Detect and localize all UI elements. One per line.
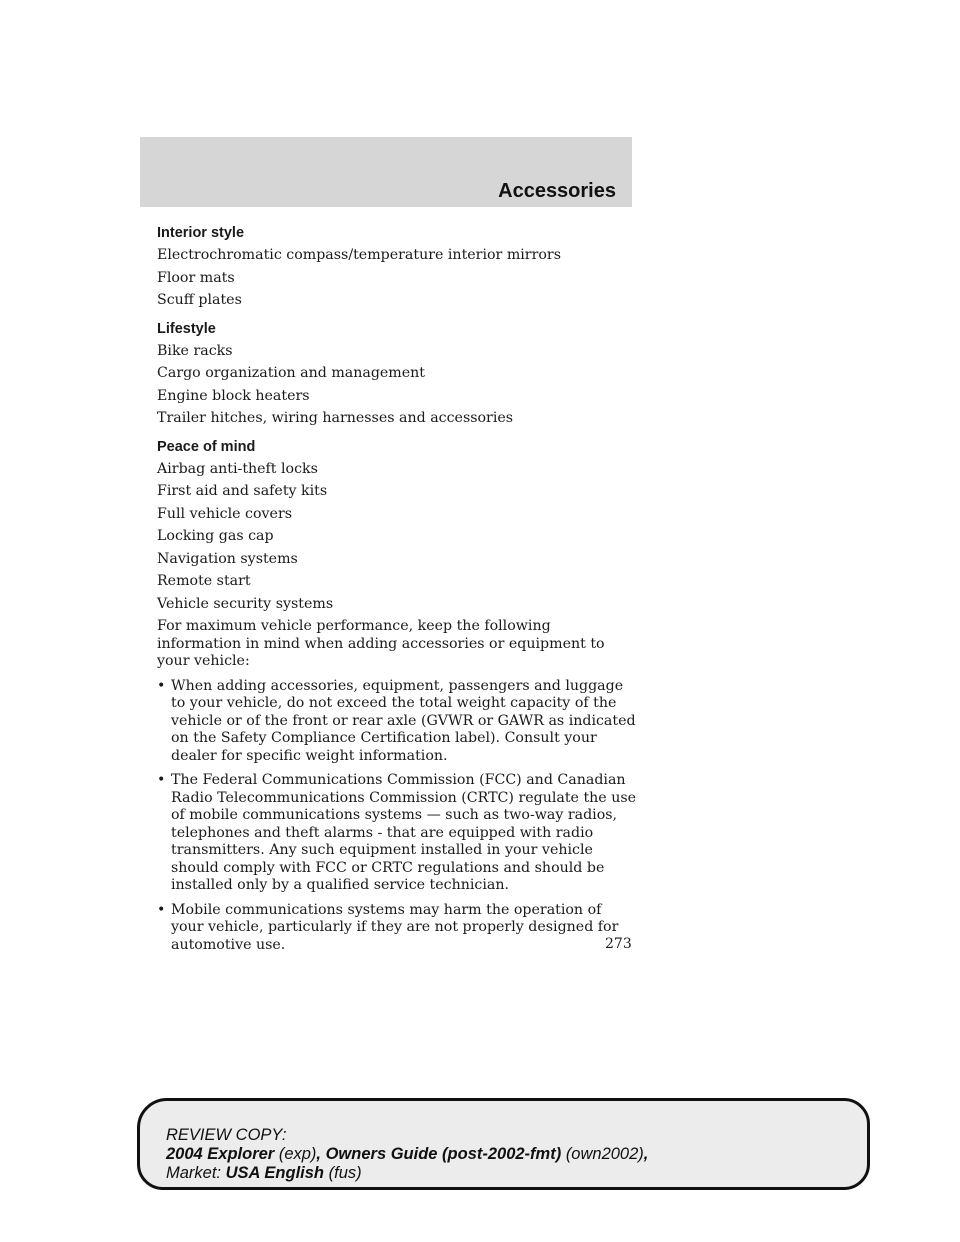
list-item: Locking gas cap [157, 525, 637, 548]
market-name: USA English [226, 1164, 324, 1182]
list-item: Airbag anti-theft locks [157, 458, 637, 481]
section-lifestyle: Lifestyle Bike racks Cargo organization … [157, 318, 637, 430]
list-item: Scuff plates [157, 289, 637, 312]
bullet-text: The Federal Communications Commission (F… [171, 772, 636, 893]
bullet-text: Mobile communications systems may harm t… [171, 902, 618, 953]
section-title: Accessories [498, 180, 616, 203]
guide-name: Owners Guide (post-2002-fmt) [326, 1145, 562, 1163]
bullet-icon: • [157, 902, 165, 920]
bullet-icon: • [157, 678, 165, 696]
review-copy-text: REVIEW COPY: 2004 Explorer (exp), Owners… [166, 1126, 648, 1183]
page-content: Interior style Electrochromatic compass/… [157, 222, 637, 954]
bullet-item: • Mobile communications systems may harm… [157, 902, 637, 955]
list-item: Cargo organization and management [157, 362, 637, 385]
section-heading: Peace of mind [157, 436, 637, 458]
guide-code: (own2002) [566, 1145, 644, 1163]
bullet-item: • The Federal Communications Commission … [157, 772, 637, 895]
list-item: Remote start [157, 570, 637, 593]
list-item: Floor mats [157, 267, 637, 290]
model-name: 2004 Explorer [166, 1145, 274, 1163]
bullet-item: • When adding accessories, equipment, pa… [157, 678, 637, 766]
model-code: (exp) [279, 1145, 317, 1163]
list-item: Vehicle security systems [157, 593, 637, 616]
section-heading: Interior style [157, 222, 637, 244]
bullet-icon: • [157, 772, 165, 790]
page-number: 273 [605, 936, 632, 952]
section-interior-style: Interior style Electrochromatic compass/… [157, 222, 637, 312]
list-item: Engine block heaters [157, 385, 637, 408]
section-heading: Lifestyle [157, 318, 637, 340]
intro-paragraph: For maximum vehicle performance, keep th… [157, 615, 637, 671]
bullet-text: When adding accessories, equipment, pass… [171, 678, 636, 764]
market-label: Market: [166, 1164, 221, 1182]
list-item: Electrochromatic compass/temperature int… [157, 244, 637, 267]
review-copy-box: REVIEW COPY: 2004 Explorer (exp), Owners… [137, 1098, 870, 1190]
list-item: Navigation systems [157, 548, 637, 571]
separator: , [644, 1145, 649, 1163]
list-item: Trailer hitches, wiring harnesses and ac… [157, 407, 637, 430]
review-label: REVIEW COPY: [166, 1126, 286, 1144]
market-code: (fus) [329, 1164, 362, 1182]
section-header-band: Accessories [140, 137, 632, 207]
separator: , [316, 1145, 325, 1163]
list-item: Bike racks [157, 340, 637, 363]
list-item: Full vehicle covers [157, 503, 637, 526]
section-peace-of-mind: Peace of mind Airbag anti-theft locks Fi… [157, 436, 637, 616]
list-item: First aid and safety kits [157, 480, 637, 503]
